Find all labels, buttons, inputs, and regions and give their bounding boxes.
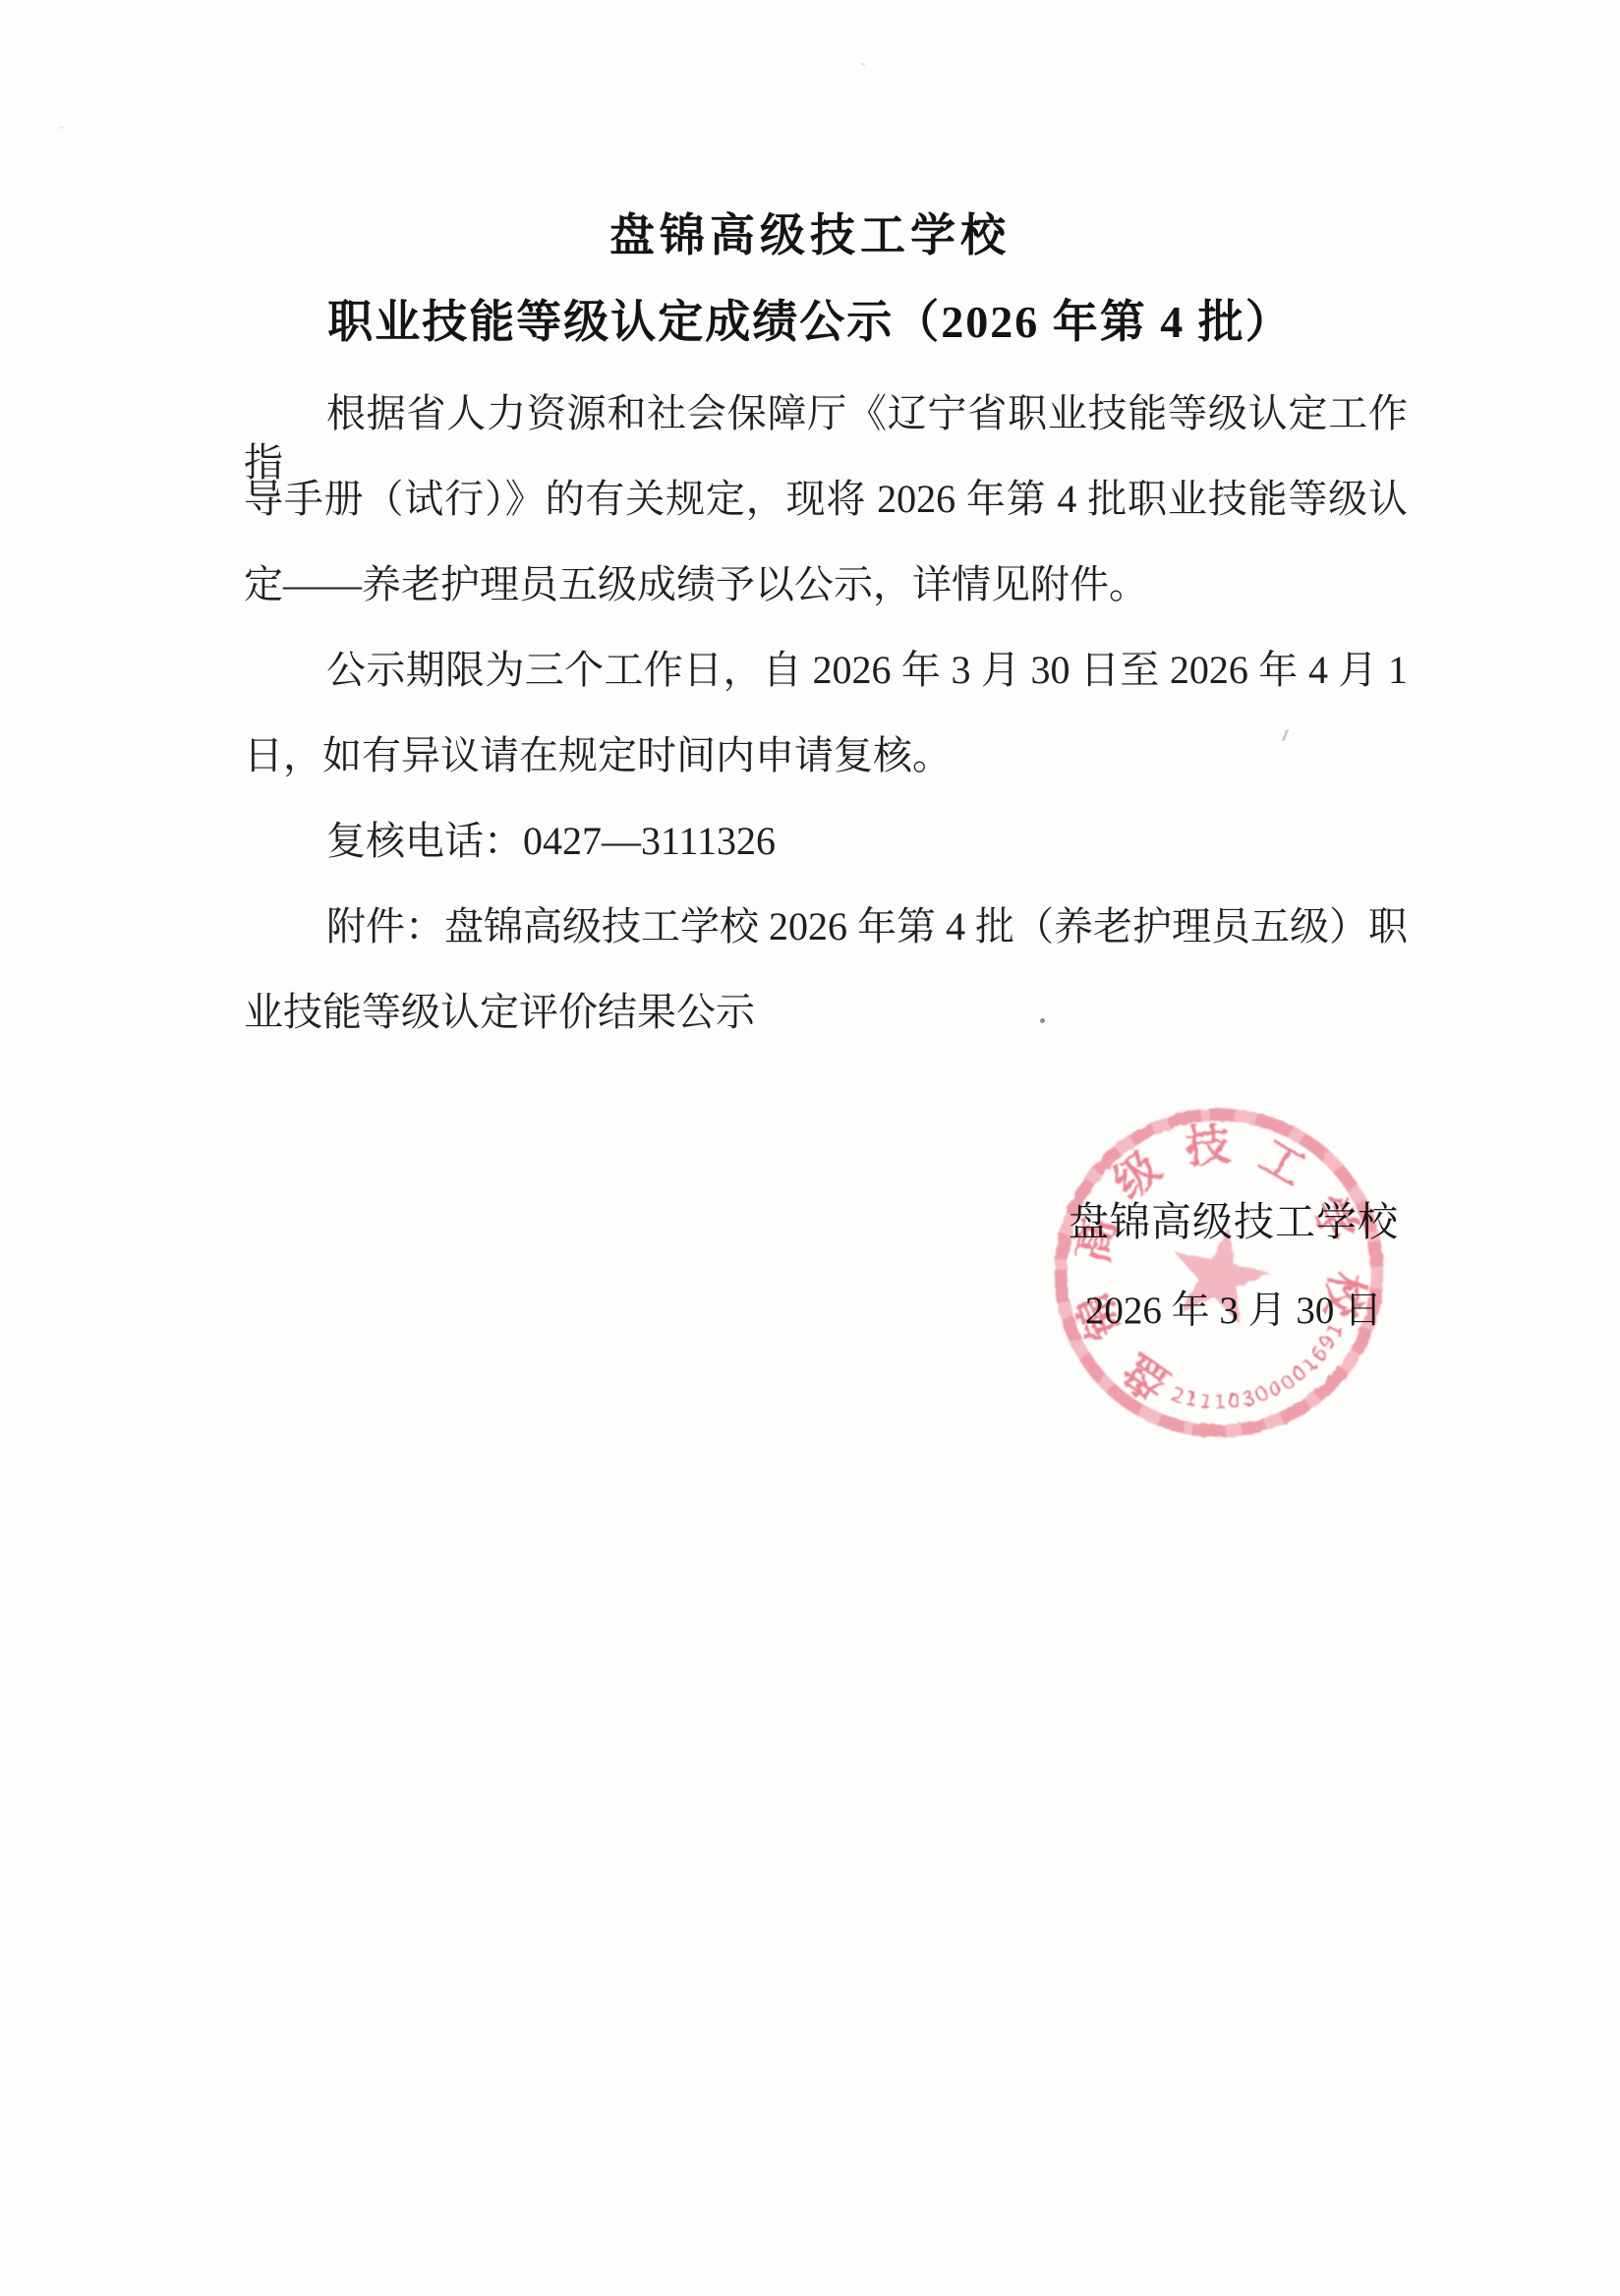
body-paragraph1-line1: 根据省人力资源和社会保障厅《辽宁省职业技能等级认定工作指 (244, 389, 1408, 488)
body-paragraph2-line1: 公示期限为三个工作日，自 2026 年 3 月 30 日至 2026 年 4 月… (244, 646, 1408, 695)
document-title-line1: 盘锦高级技工学校 (0, 208, 1620, 263)
scanned-document-page: 盘锦高级技工学校 职业技能等级认定成绩公示（2026 年第 4 批） 根据省人力… (0, 0, 1620, 2296)
signature-school-name: 盘锦高级技工学校 (1062, 1197, 1406, 1246)
scan-artifact-dot (1040, 1018, 1045, 1023)
attachment-line2: 业技能等级认定评价结果公示 (244, 988, 1408, 1037)
body-paragraph2-line2: 日，如有异议请在规定时间内申请复核。 (244, 731, 1408, 780)
body-paragraph1-line2: 导手册（试行）》的有关规定，现将 2026 年第 4 批职业技能等级认 (244, 475, 1408, 524)
signature-block: 盘锦高级技工学校 2026 年 3 月 30 日 (1062, 1197, 1406, 1335)
signature-date: 2026 年 3 月 30 日 (1062, 1288, 1406, 1335)
body-paragraph1-line3: 定——养老护理员五级成绩予以公示，详情见附件。 (244, 560, 1408, 609)
scan-artifact-speck (861, 63, 865, 66)
review-phone-line: 复核电话：0427—3111326 (244, 817, 1408, 866)
attachment-line1: 附件：盘锦高级技工学校 2026 年第 4 批（养老护理员五级）职 (244, 902, 1408, 951)
seal-ring-char: 技 (1184, 1120, 1232, 1174)
scan-artifact-speck (59, 126, 64, 129)
document-title-line2: 职业技能等级认定成绩公示（2026 年第 4 批） (0, 295, 1620, 350)
